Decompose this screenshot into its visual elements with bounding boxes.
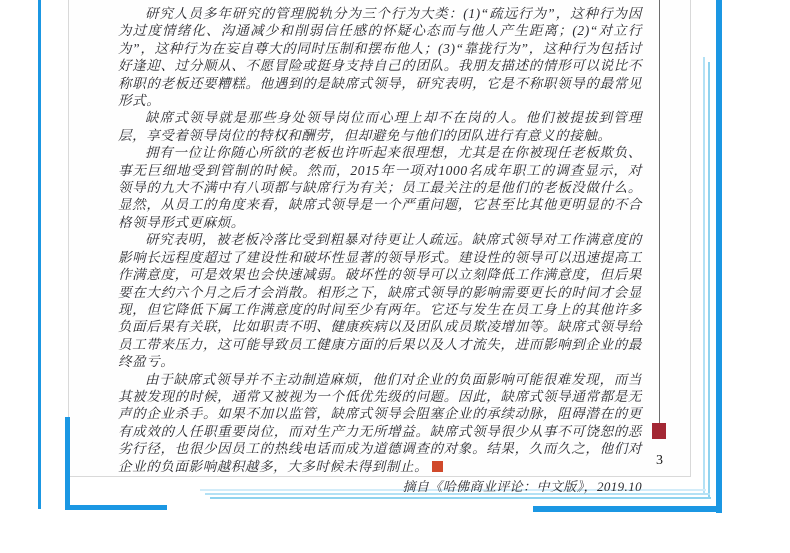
bookmark-square bbox=[652, 423, 666, 439]
stacked-sheet-line bbox=[703, 57, 705, 495]
corner-bracket-horizontal bbox=[65, 505, 167, 510]
frame-right-line bbox=[716, 0, 722, 513]
frame-bottom-right-line bbox=[533, 506, 722, 512]
stacked-sheet-line bbox=[708, 62, 710, 498]
paragraph-text: 缺席式领导就是那些身处领导岗位而心理上却不在岗的人。他们被提拔到管理层，享受着领… bbox=[118, 110, 642, 142]
frame-left-line bbox=[38, 0, 41, 509]
paragraph-text: 研究人员多年研究的管理脱轨分为三个行为大类：(1)“疏远行为”，这种行为因为过度… bbox=[118, 6, 642, 108]
paragraph-text: 由于缺席式领导并不主动制造麻烦，他们对企业的负面影响可能很难发现，而当其被发现的… bbox=[118, 372, 642, 474]
paragraph: 由于缺席式领导并不主动制造麻烦，他们对企业的负面影响可能很难发现，而当其被发现的… bbox=[118, 371, 642, 475]
corner-bracket-vertical bbox=[65, 417, 70, 510]
paragraph: 拥有一位让你随心所欲的老板也许听起来很理想，尤其是在你被现任老板欺负、事无巨细地… bbox=[118, 144, 642, 231]
article-end-mark bbox=[432, 461, 443, 472]
paragraph-text: 拥有一位让你随心所欲的老板也许听起来很理想，尤其是在你被现任老板欺负、事无巨细地… bbox=[118, 145, 642, 230]
paragraph-text: 研究表明，被老板冷落比受到粗暴对待更让人疏远。缺席式领导对工作满意度的影响长远程… bbox=[118, 232, 642, 369]
paragraph: 研究表明，被老板冷落比受到粗暴对待更让人疏远。缺席式领导对工作满意度的影响长远程… bbox=[118, 231, 642, 370]
paragraph: 研究人员多年研究的管理脱轨分为三个行为大类：(1)“疏远行为”，这种行为因为过度… bbox=[118, 5, 642, 109]
stacked-sheet-line bbox=[210, 497, 711, 499]
article-body: 研究人员多年研究的管理脱轨分为三个行为大类：(1)“疏远行为”，这种行为因为过度… bbox=[118, 5, 642, 495]
source-citation: 摘自《哈佛商业评论：中文版》，2019.10 bbox=[118, 478, 642, 495]
page-number: 3 bbox=[656, 453, 663, 469]
scanned-document-page: 研究人员多年研究的管理脱轨分为三个行为大类：(1)“疏远行为”，这种行为因为过度… bbox=[0, 0, 790, 553]
paragraph: 缺席式领导就是那些身处领导岗位而心理上却不在岗的人。他们被提拔到管理层，享受着领… bbox=[118, 109, 642, 144]
bookmark-line bbox=[659, 0, 660, 423]
